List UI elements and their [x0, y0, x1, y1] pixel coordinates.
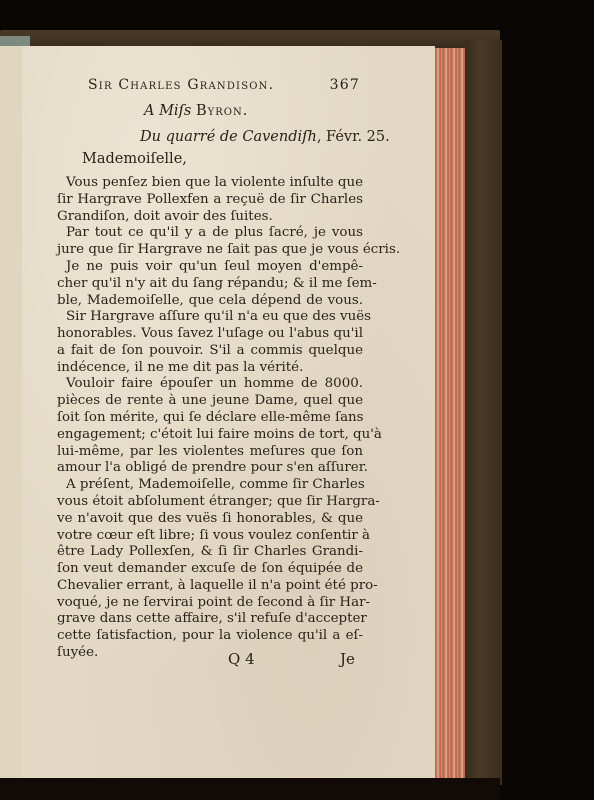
text-line: Vouloir faire épouſer un homme de 8000. [66, 376, 363, 391]
facing-page-edge [0, 46, 23, 780]
running-head-title: Sir Charles Grandison. [88, 77, 274, 93]
text-line: jure que ſir Hargrave ne ſait pas que je… [57, 242, 363, 257]
running-header: Sir Charles Grandison. 367 [88, 77, 360, 93]
text-line: être Lady Pollexſen, & ſi ſir Charles Gr… [57, 544, 363, 559]
text-line: Grandiſon, doit avoir des ſuites. [57, 209, 363, 224]
text-line: ve n'avoit que des vuës ſi honorables, &… [57, 511, 363, 526]
text-line: Vous penſez bien que la violente inſulte… [66, 175, 363, 190]
text-line: Par tout ce qu'il y a de plus ſacré, je … [66, 225, 363, 240]
addressee-prefix: A Miſs [144, 103, 191, 119]
text-line: ble, Mademoiſelle, que cela dépend de vo… [57, 293, 363, 308]
page-number: 367 [330, 77, 360, 93]
text-line: Chevalier errant, à laquelle il n'a poin… [57, 578, 363, 593]
text-line: grave dans cette affaire, s'il refuſe d'… [57, 611, 363, 626]
text-line: voqué, je ne ſervirai point de ſecond à … [57, 595, 363, 610]
text-line: ſon veut demander excuſe de ſon équipée … [57, 561, 363, 576]
text-line: honorables. Vous ſavez l'uſage ou l'abus… [57, 326, 363, 341]
dateline-place: Du quarré de Cavendiſh [140, 129, 317, 145]
text-line: A préſent, Mademoiſelle, comme ſir Charl… [66, 477, 363, 492]
text-line: Sir Hargrave aſſure qu'il n'a eu que des… [66, 309, 363, 324]
text-line: lui-même, par les violentes meſures que … [57, 444, 363, 459]
text-line: a fait de ſon pouvoir. S'il a commis que… [57, 343, 363, 358]
page-edges-red [435, 48, 465, 778]
background-bottom [0, 778, 500, 800]
catchword: Je [340, 650, 355, 668]
text-line: vous étoit abſolument étranger; que ſir … [57, 494, 363, 509]
text-line: votre cœur eſt libre; ſi vous voulez con… [57, 528, 363, 543]
addressee-name: Byron. [196, 103, 248, 119]
text-line: pièces de rente à une jeune Dame, quel q… [57, 393, 363, 408]
text-line: ſoit ſon mérite, qui ſe déclare elle-mêm… [57, 410, 363, 425]
text-line: indécence, il ne me dit pas la vérité. [57, 360, 363, 375]
text-line: ſuyée. [57, 645, 363, 660]
dateline-date: , Févr. 25. [317, 129, 390, 145]
signature-mark: Q 4 [228, 650, 255, 668]
text-line: Je ne puis voir qu'un ſeul moyen d'empê- [66, 259, 363, 274]
book-cover-right-board [465, 40, 502, 785]
text-line: ſir Hargrave Pollexfen a reçuë de ſir Ch… [57, 192, 363, 207]
letter-salutation: Mademoiſelle, [82, 151, 187, 167]
text-line: cette ſatisfaction, pour la violence qu'… [57, 628, 363, 643]
letter-addressee: A Miſs Byron. [144, 103, 248, 119]
text-line: cher qu'il n'y ait du ſang répandu; & il… [57, 276, 363, 291]
text-line: amour l'a obligé de prendre pour s'en aſ… [57, 460, 363, 475]
letter-dateline: Du quarré de Cavendiſh, Févr. 25. [140, 129, 390, 145]
text-line: engagement; c'étoit lui faire moins de t… [57, 427, 363, 442]
